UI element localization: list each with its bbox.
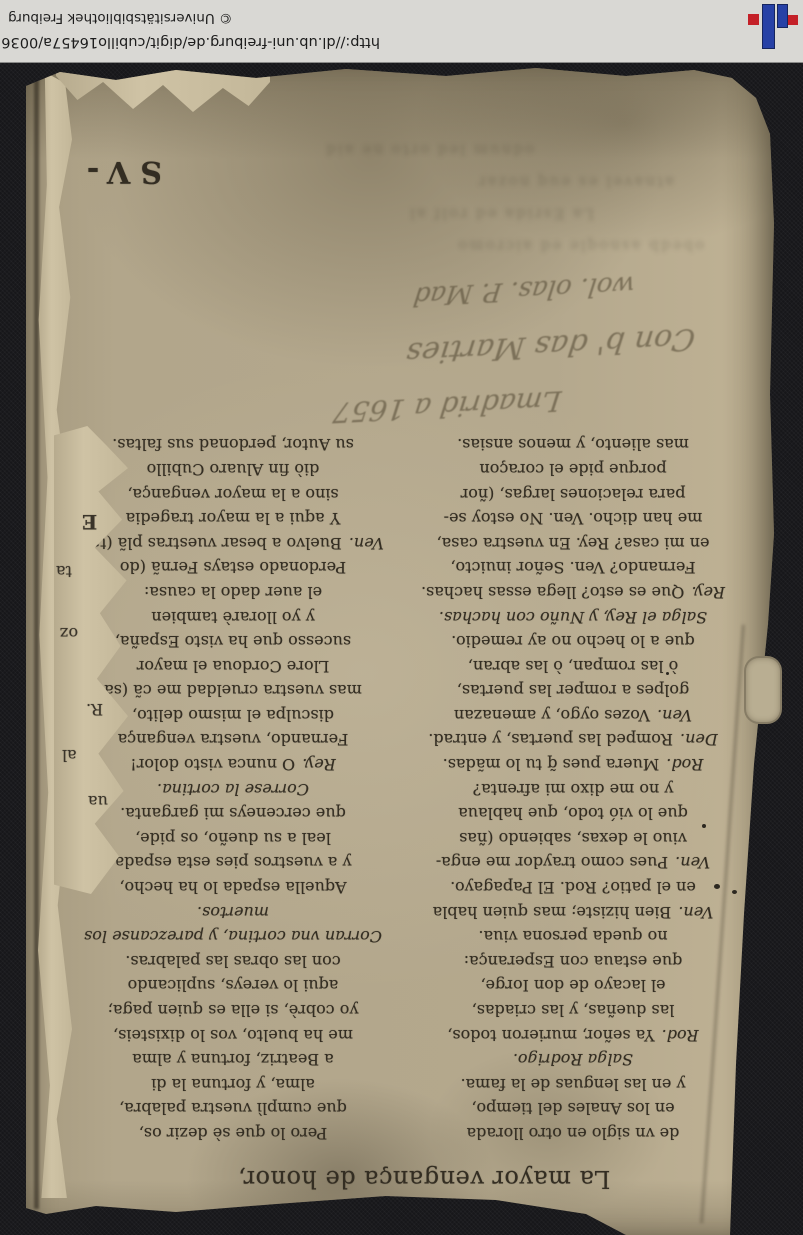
- stage-direction: Corran vna cortina, y parezcanse los: [66, 924, 400, 949]
- verse-line: su Autor, perdonad sus faltas.: [66, 432, 400, 457]
- verse-line: mas aliento, y menos ansias.: [406, 432, 740, 457]
- verse-line: me ha buelto, vos lo dixisteis,: [66, 1022, 400, 1047]
- screenshot-stage: http://dl.ub.uni-freiburg.de/digit/cubil…: [0, 0, 803, 1235]
- verse-line: y yo llorarè tambien: [66, 604, 400, 629]
- binding-gutter-shadow: [34, 64, 39, 1209]
- speaker-abbreviation: Ven.: [657, 706, 692, 725]
- paper-fragment-letter: R.: [86, 700, 103, 719]
- verse-column-left: de vn siglo en otro lloradaen los Anales…: [406, 432, 740, 1145]
- speaker-abbreviation: Rod.: [662, 1026, 699, 1045]
- verse-line: que cerceneys mi garganta.: [66, 801, 400, 826]
- stage-direction: Salga el Rey, y Nuño con hachas.: [406, 604, 740, 629]
- paper-fragment-letter: oz: [60, 624, 78, 643]
- verse-line: Ven. Pues como traydor me enga-: [406, 850, 740, 875]
- verse-line: leal a su dueño, os pide,: [66, 825, 400, 850]
- verse-line: sino a la mayor vengança,: [66, 481, 400, 506]
- verse-line: que a lo hecho no ay remedio.: [406, 629, 740, 654]
- ink-dot: [732, 890, 737, 894]
- verse-line: Den. Romped las puertas, y entrad.: [406, 727, 740, 752]
- stage-direction: Salga Rodrigo.: [406, 1047, 740, 1072]
- logo-blue-bar-short: [777, 4, 788, 28]
- page-content-flipped: La mayor vengança de honor, de vn siglo …: [26, 64, 774, 1235]
- paper-fragment-letter: ua: [88, 792, 108, 811]
- verse-line: con las obras las palabras.: [66, 948, 400, 973]
- speaker-abbreviation: Den.: [680, 731, 718, 750]
- verse-line: de vn siglo en otro llorada: [406, 1120, 740, 1145]
- verse-line: que lo vió todo, que hablaua: [406, 801, 740, 826]
- verse-line: me han dicho. Ven. No estoy se-: [406, 506, 740, 531]
- book-page: La mayor vengança de honor, de vn siglo …: [26, 64, 774, 1235]
- verse-line: Rey. O nunca visto dolor!: [66, 752, 400, 777]
- handwriting-line: Lmadrid a 1657: [331, 384, 563, 429]
- verse-line: para relaciones largas, (ñor: [406, 481, 740, 506]
- page-title: La mayor vengança de honor,: [74, 1165, 774, 1193]
- verse-line: y no me dixo mi afrenta?: [406, 776, 740, 801]
- verse-line: y en las lenguas de la fama.: [406, 1071, 740, 1096]
- speaker-abbreviation: Rey.: [691, 583, 725, 602]
- verse-line: en mi casa? Rey. En vuestra casa,: [406, 530, 740, 555]
- verse-line: aqui lo vereys, suplicando: [66, 973, 400, 998]
- show-through-text: La Esrida ed rolf al: [408, 205, 594, 223]
- paper-fragment-letter: E: [82, 510, 97, 534]
- show-through-text: atnavel es euq nozar: [477, 173, 674, 191]
- verse-line: golpes a romper las puertas,: [406, 678, 740, 703]
- speaker-abbreviation: Rod.: [666, 755, 703, 774]
- verse-line: mas vuestra crueldad me cã (sa: [66, 678, 400, 703]
- speaker-abbreviation: Ven.: [349, 534, 384, 553]
- verse-line: Ven. Buelvo a besar vuestras plã (tas: [66, 530, 400, 555]
- speaker-abbreviation: Ven.: [678, 903, 713, 922]
- ink-dot: [714, 884, 720, 889]
- verse-line: viuo le dexas, sabiendo (ñas: [406, 825, 740, 850]
- clamp-tab: [744, 656, 782, 724]
- header-text-block: http://dl.ub.uni-freiburg.de/digit/cubil…: [8, 5, 380, 55]
- ink-dot: [702, 824, 706, 828]
- paper-fragment-letter: ta: [56, 562, 72, 581]
- stage-direction: muertos.: [66, 899, 400, 924]
- logo-blue-bar-tall: [762, 4, 775, 49]
- verse-line: Rod. Muera pues q̃ tu lo mãdas.: [406, 752, 740, 777]
- verse-line: en el patio? Rod. El Papagayo.: [406, 874, 740, 899]
- verse-line: Rey. Que es esto? llega essas hachas.: [406, 579, 740, 604]
- verse-line: porque pide el coraçon: [406, 456, 740, 481]
- show-through-text: odnum led orto ne aid: [324, 141, 534, 159]
- scan-background: La mayor vengança de honor, de vn siglo …: [0, 62, 803, 1235]
- verse-line: que estaua con Esperança:: [406, 948, 740, 973]
- verse-line: ò las rompan, ò las abran,: [406, 653, 740, 678]
- viewer-header-bar: http://dl.ub.uni-freiburg.de/digit/cubil…: [0, 0, 803, 63]
- verse-line: Ven. Vozes oygo, y amenazan: [406, 702, 740, 727]
- ink-dot: [666, 672, 669, 675]
- copyright-text: © Universitätsbibliothek Freiburg: [8, 7, 380, 29]
- verse-line: en los Anales del tiempo,: [406, 1096, 740, 1121]
- handwriting-line: wol. olas. P. Mad: [412, 269, 637, 310]
- logo-red-square-left: [748, 14, 759, 25]
- document-url-text: http://dl.ub.uni-freiburg.de/digit/cubil…: [8, 29, 380, 55]
- show-through-text: obedb asnoqle ed aicromo: [456, 237, 704, 255]
- signature-mark: SV-: [77, 154, 162, 189]
- handwriting-line: Con b' das Marties: [404, 321, 697, 371]
- verse-line: yo cobrè, si ella es quien paga;: [66, 997, 400, 1022]
- paper-fragment-letter: al: [62, 746, 77, 765]
- ink-dot: [747, 886, 753, 891]
- verse-line: Fernando? Ven. Señor inuicto,: [406, 555, 740, 580]
- verse-line: Aquella espada lo ha hecho,: [66, 874, 400, 899]
- verse-line: no queda persona viua.: [406, 924, 740, 949]
- verse-line: que cumplì vuestra palabra,: [66, 1096, 400, 1121]
- verse-line: Llore Cordoua el mayor: [66, 653, 400, 678]
- verse-line: el lacayo de don Iorge,: [406, 973, 740, 998]
- verse-line: Pero lo que sè dezir os,: [66, 1120, 400, 1145]
- verse-line: a Beatriz, fortuna y alma: [66, 1047, 400, 1072]
- verse-line: Ven. Bien hiziste; mas quien habla: [406, 899, 740, 924]
- speaker-abbreviation: Ven.: [675, 853, 710, 872]
- verse-line: las dueñas, y las criadas,: [406, 997, 740, 1022]
- verse-line: Rod. Ya señor, murieron todos,: [406, 1022, 740, 1047]
- speaker-abbreviation: Rey.: [302, 755, 336, 774]
- logo-red-square-right: [788, 15, 798, 25]
- verse-line: alma, y fortuna la di: [66, 1071, 400, 1096]
